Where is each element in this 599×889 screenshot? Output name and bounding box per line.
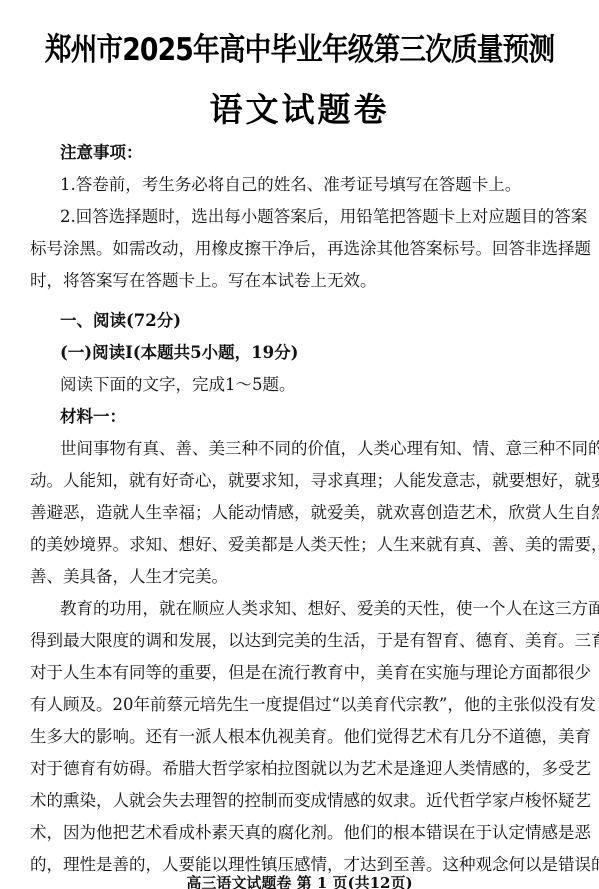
passage-line: 善避恶，造就人生幸福；人能动情感，就爱美，就欢喜创造艺术，欣赏人生自然中 [30, 501, 570, 525]
notice-line: 1.答卷前，考生务必将自己的姓名、准考证号填写在答题卡上。 [60, 173, 570, 197]
material-label: 材料一： [60, 405, 570, 429]
passage-line: 教育的功用，就在顺应人类求知、想好、爱美的天性，使一个人在这三方面 [60, 597, 570, 621]
passage-line: 有人顾及。20年前蔡元培先生一度提倡过“以美育代宗教”，他的主张似没有发 [30, 693, 570, 717]
notice-line: 标号涂黑。如需改动，用橡皮擦干净后，再选涂其他答案标号。回答非选择题 [30, 237, 570, 261]
passage-line: 对于德育有妨碍。希腊大哲学家柏拉图就以为艺术是逢迎人类情感的，多受艺 [30, 757, 570, 781]
passage-line: 的美妙境界。求知、想好、爱美都是人类天性；人生来就有真、善、美的需要，真、 [30, 533, 570, 557]
exam-subtitle: 语文试题卷 [0, 84, 599, 131]
passage-line: 动。人能知，就有好奇心，就要求知，寻求真理；人能发意志，就要想好，就要趋 [30, 469, 570, 493]
passage-line: 世间事物有真、善、美三种不同的价值，人类心理有知、情、意三种不同的活 [60, 437, 570, 461]
notice-line: 2.回答选择题时，选出每小题答案后，用铅笔把答题卡上对应题目的答案 [60, 205, 570, 229]
passage-line: 善、美具备，人生才完美。 [30, 565, 570, 589]
passage-line: 得到最大限度的调和发展，以达到完美的生活，于是有智育、德育、美育。三育 [30, 629, 570, 653]
page-footer: 高三语文试题卷 第 1 页(共12页) [0, 872, 599, 889]
notice-line: 时，将答案写在答题卡上。写在本试卷上无效。 [30, 269, 570, 293]
section-heading: 一、阅读(72分) [60, 309, 570, 333]
section-instruction: 阅读下面的文字，完成1～5题。 [60, 373, 570, 397]
notice-heading: 注意事项： [60, 141, 570, 165]
exam-title: 郑州市2025年高中毕业年级第三次质量预测 [42, 24, 557, 69]
passage-line: 术的熏染，人就会失去理智的控制而变成情感的奴隶。近代哲学家卢梭怀疑艺 [30, 789, 570, 813]
section-subheading: (一)阅读Ⅰ(本题共5小题，19分) [60, 341, 570, 365]
passage-line: 生多大的影响。还有一派人根本仇视美育。他们觉得艺术有几分不道德，美育 [30, 725, 570, 749]
passage-line: 术，因为他把艺术看成朴素天真的腐化剂。他们的根本错误在于认定情感是恶 [30, 821, 570, 845]
passage-line: 对于人生本有同等的重要，但是在流行教育中，美育在实施与理论方面都很少 [30, 661, 570, 685]
